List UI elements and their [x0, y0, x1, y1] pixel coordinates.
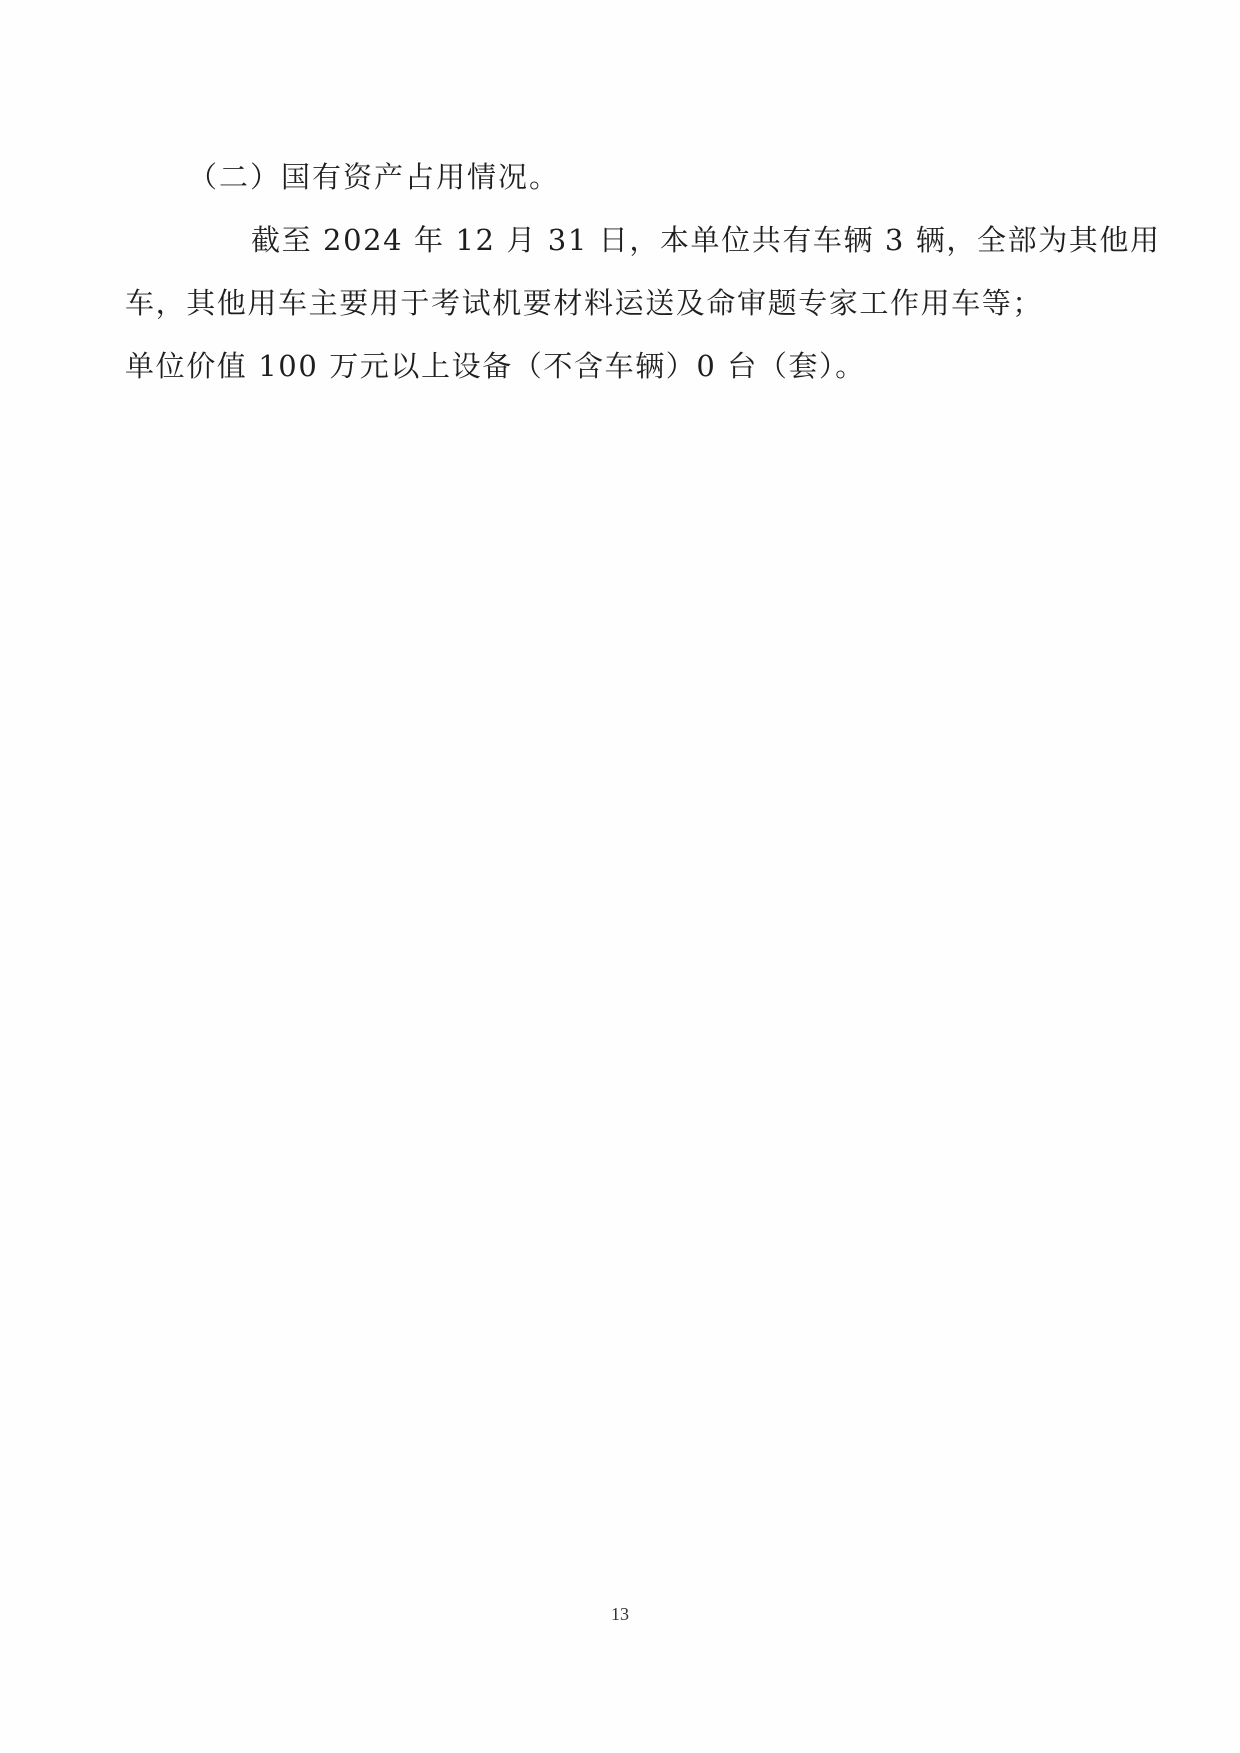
document-page: （二）国有资产占用情况。 截至 2024 年 12 月 31 日，本单位共有车辆…: [0, 0, 1240, 1753]
paragraph-line-1: 截至 2024 年 12 月 31 日，本单位共有车辆 3 辆，全部为其他用: [125, 209, 1115, 272]
paragraph-line-3: 单位价值 100 万元以上设备（不含车辆）0 台（套）。: [125, 335, 1115, 398]
page-content: （二）国有资产占用情况。 截至 2024 年 12 月 31 日，本单位共有车辆…: [125, 146, 1115, 398]
page-number: 13: [0, 1604, 1240, 1625]
body-paragraph: 截至 2024 年 12 月 31 日，本单位共有车辆 3 辆，全部为其他用 车…: [125, 209, 1115, 398]
paragraph-line-2: 车，其他用车主要用于考试机要材料运送及命审题专家工作用车等；: [125, 272, 1115, 335]
section-heading: （二）国有资产占用情况。: [125, 146, 1115, 209]
